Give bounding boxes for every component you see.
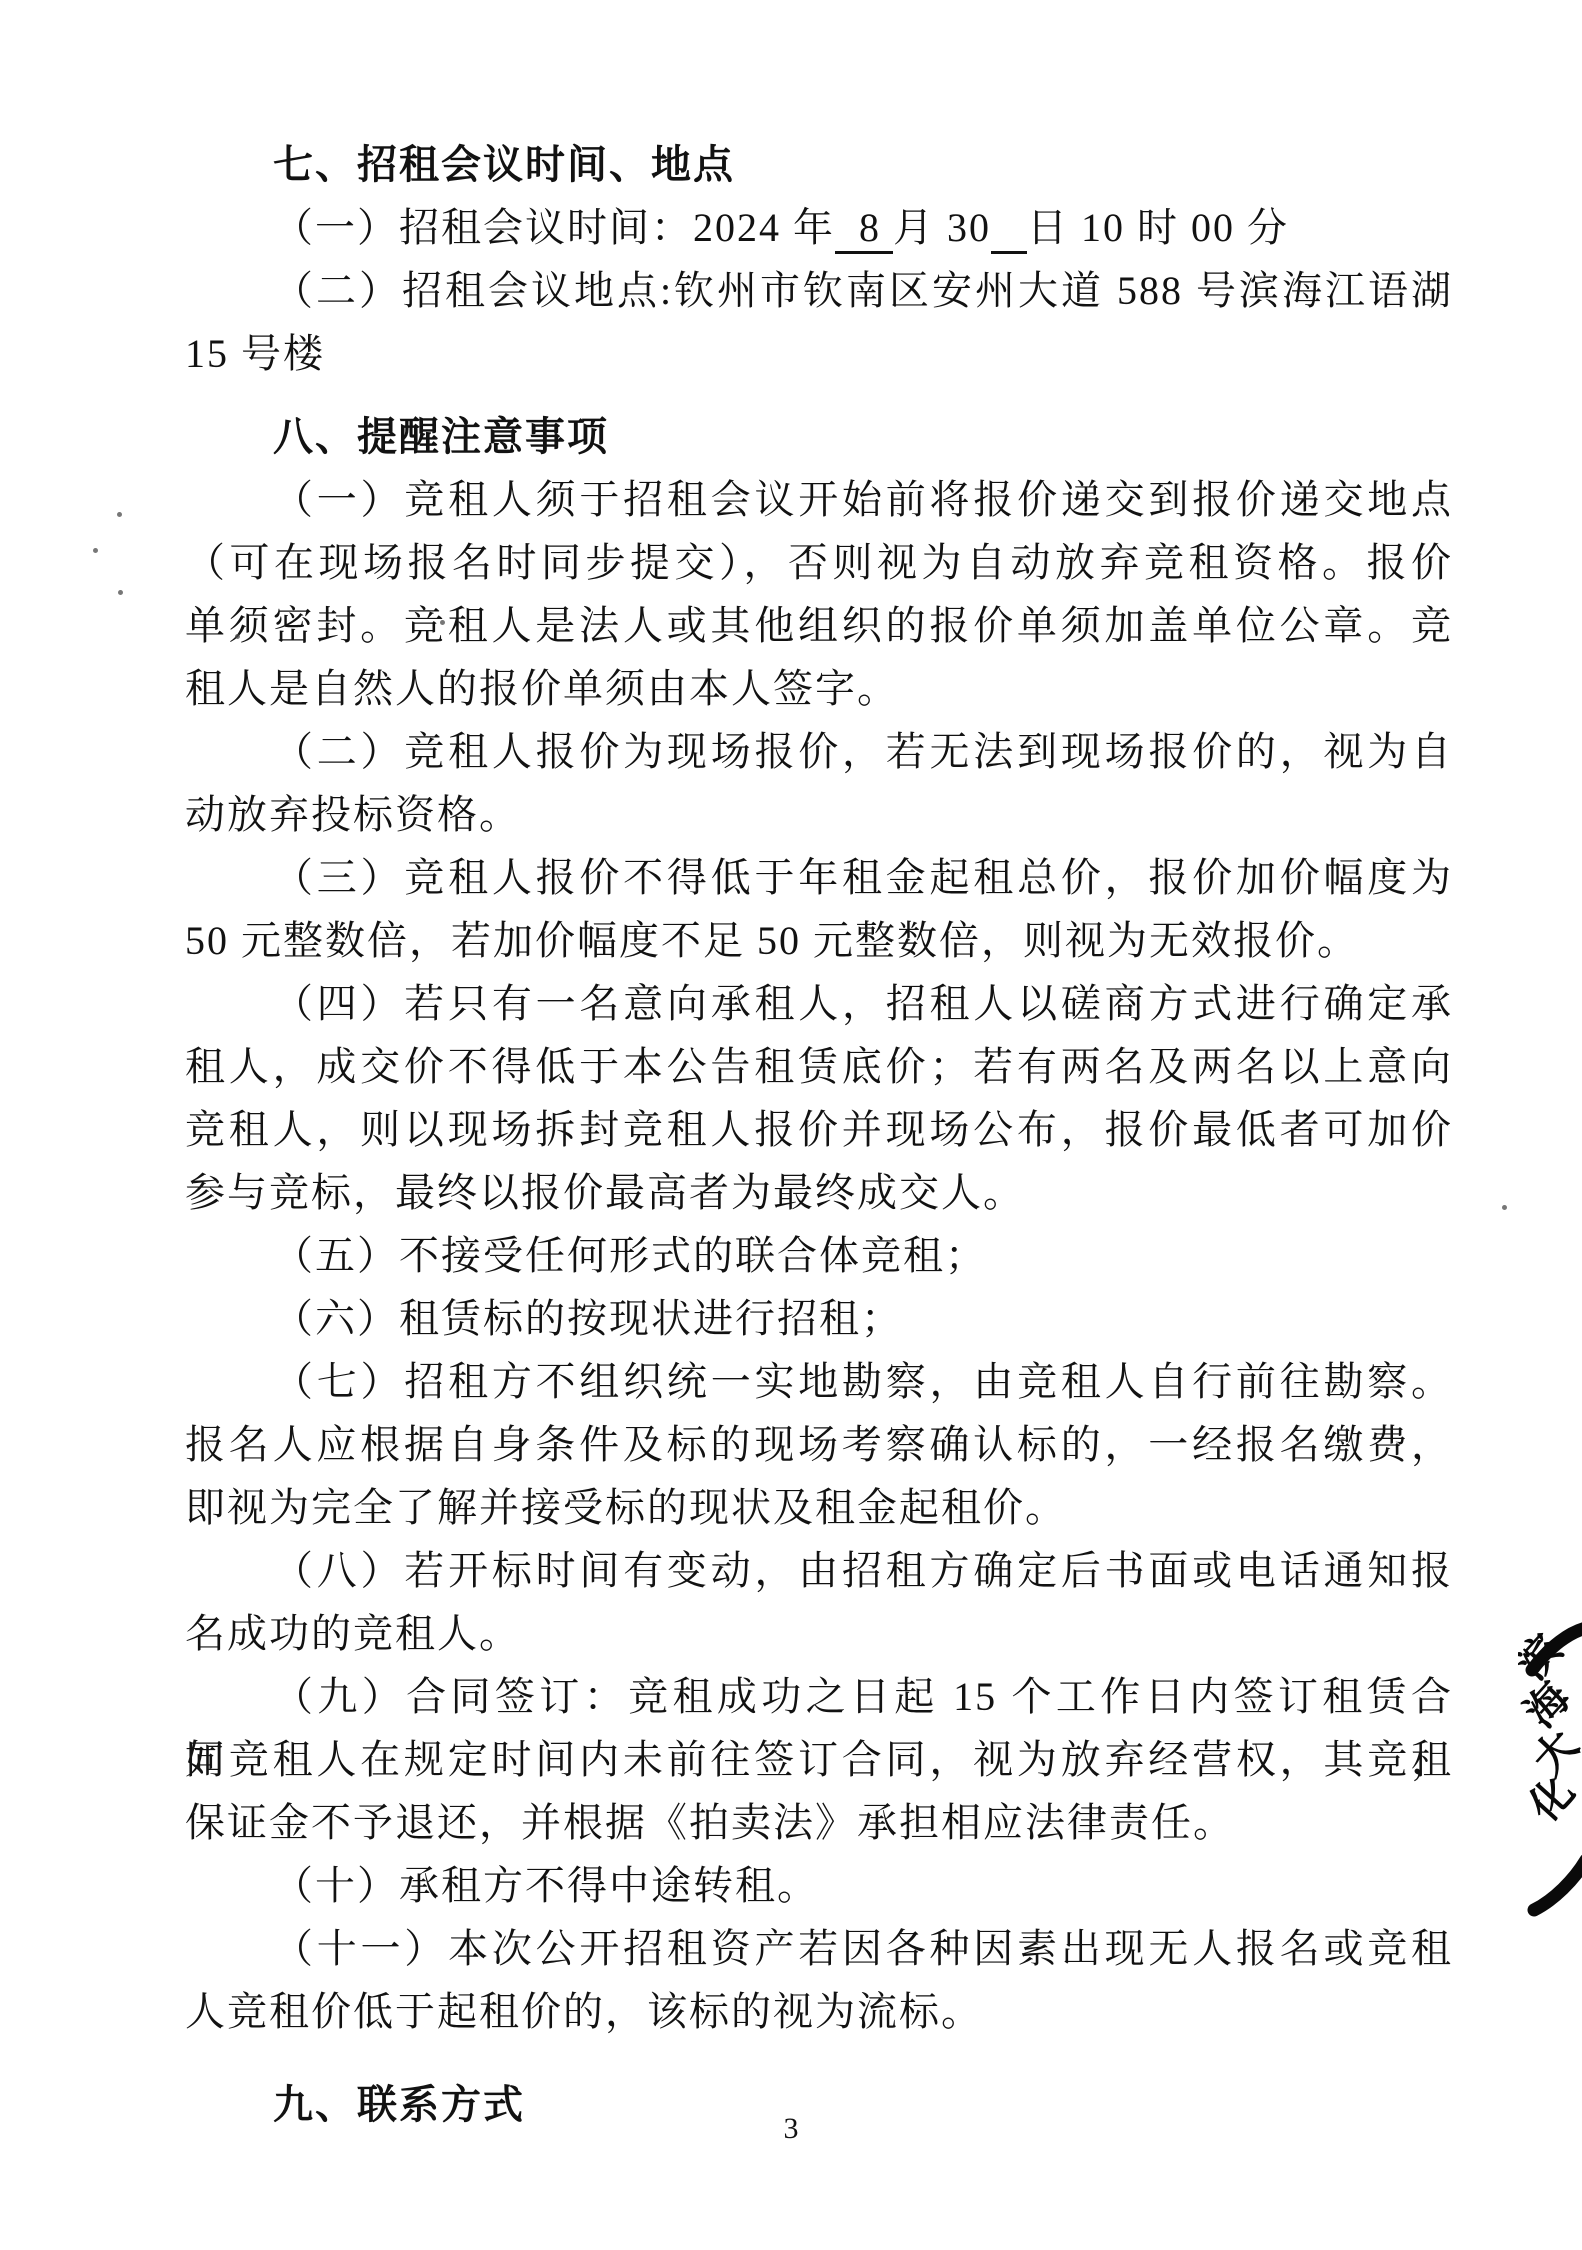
text-line: 人竞租价低于起租价的，该标的视为流标。: [185, 1980, 1453, 2043]
text-line: 报名人应根据自身条件及标的现场考察确认标的，一经报名缴费，: [185, 1413, 1453, 1476]
text-line: （十一）本次公开招租资产若因各种因素出现无人报名或竞租: [185, 1917, 1453, 1980]
text-line: （七）招租方不组织统一实地勘察，由竞租人自行前往勘察。: [185, 1350, 1453, 1413]
text-line: 动放弃投标资格。: [185, 783, 1453, 846]
text-line: 竞租人，则以现场拆封竞租人报价并现场公布，报价最低者可加价: [185, 1098, 1453, 1161]
document-body: 七、招租会议时间、地点（一）招租会议时间：2024 年 8 月 30 日 10 …: [185, 133, 1453, 2136]
scan-speck: [93, 548, 98, 553]
section-heading: 七、招租会议时间、地点: [185, 133, 1453, 196]
text-line: （二）招租会议地点:钦州市钦南区安州大道 588 号滨海江语湖: [185, 259, 1453, 322]
text-line: 50 元整数倍，若加价幅度不足 50 元整数倍，则视为无效报价。: [185, 909, 1453, 972]
text-line: （一）竞租人须于招租会议开始前将报价递交到报价递交地点: [185, 468, 1453, 531]
text-line: （十）承租方不得中途转租。: [185, 1854, 1453, 1917]
document-page: 七、招租会议时间、地点（一）招租会议时间：2024 年 8 月 30 日 10 …: [0, 0, 1582, 2250]
text-line: （二）竞租人报价为现场报价，若无法到现场报价的，视为自: [185, 720, 1453, 783]
page-number: 3: [0, 2112, 1582, 2146]
text-line: 参与竞标，最终以报价最高者为最终成交人。: [185, 1161, 1453, 1224]
text-line: 单须密封。竞租人是法人或其他组织的报价单须加盖单位公章。竞: [185, 594, 1453, 657]
scan-speck: [118, 590, 123, 595]
text-line: 租人是自然人的报价单须由本人签字。: [185, 657, 1453, 720]
text-line: （八）若开标时间有变动，由招租方确定后书面或电话通知报: [185, 1539, 1453, 1602]
text-line: 15 号楼: [185, 322, 1453, 385]
scan-speck: [1502, 1205, 1507, 1210]
text-line: （五）不接受任何形式的联合体竞租；: [185, 1224, 1453, 1287]
text-line: 保证金不予退还，并根据《拍卖法》承担相应法律责任。: [185, 1791, 1453, 1854]
ink-seal-stamp: 滨海大化: [1518, 1618, 1582, 1928]
svg-text:化: 化: [1518, 1767, 1582, 1832]
text-line: （四）若只有一名意向承租人，招租人以磋商方式进行确定承: [185, 972, 1453, 1035]
scan-speck: [440, 620, 445, 625]
scan-speck: [117, 512, 122, 517]
text-line: 名成功的竞租人。: [185, 1602, 1453, 1665]
text-line: （三）竞租人报价不得低于年租金起租总价，报价加价幅度为: [185, 846, 1453, 909]
section-heading: 八、提醒注意事项: [185, 405, 1453, 468]
text-line: 即视为完全了解并接受标的现状及租金起租价。: [185, 1476, 1453, 1539]
text-line: （六）租赁标的按现状进行招租；: [185, 1287, 1453, 1350]
text-line: （九）合同签订：竞租成功之日起 15 个工作日内签订租赁合同，: [185, 1665, 1453, 1728]
text-line: （一）招租会议时间：2024 年 8 月 30 日 10 时 00 分: [185, 196, 1453, 259]
text-line: （可在现场报名时同步提交），否则视为自动放弃竞租资格。报价: [185, 531, 1453, 594]
scan-speck: [235, 634, 240, 639]
text-line: 如竞租人在规定时间内未前往签订合同，视为放弃经营权，其竞租: [185, 1728, 1453, 1791]
text-line: 租人，成交价不得低于本公告租赁底价；若有两名及两名以上意向: [185, 1035, 1453, 1098]
